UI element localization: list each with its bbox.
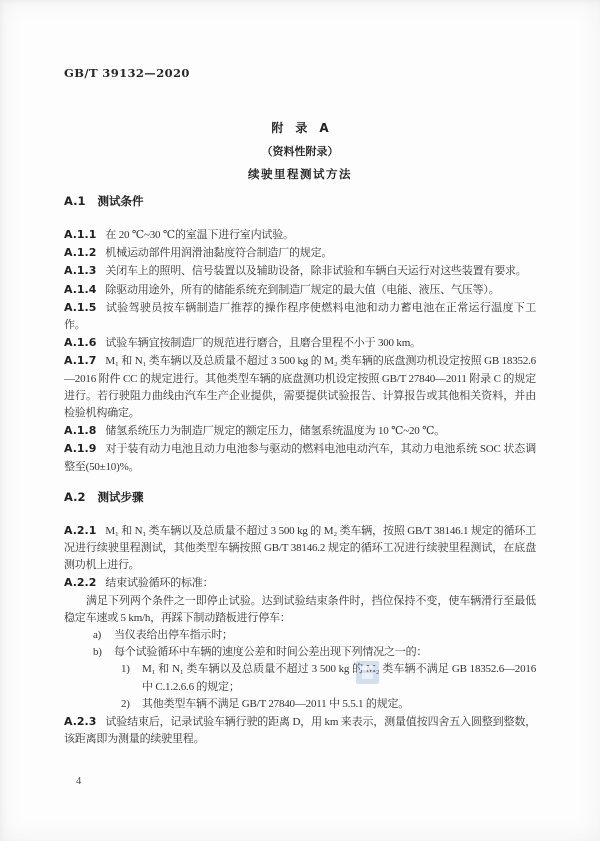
clause-a2-1: A.2.1M₁ 和 N₁ 类车辆以及总质量不超过 3 500 kg 的 M₂ 类… [64,522,536,575]
clause-text: 在 20 ℃~30 ℃的室温下进行室内试验。 [105,229,293,241]
appendix-name: 续驶里程测试方法 [0,166,600,182]
watermark-stamp-icon [356,661,379,684]
clause-text: 关闭车上的照明、信号装置以及辅助设备，除非试验和车辆白天运行对这些装置有要求。 [105,265,526,277]
list-marker: b) [93,644,114,661]
clause-number: A.1.6 [64,336,96,349]
section-a1-title: 测试条件 [97,194,143,208]
list-marker: 2) [121,696,142,713]
clause-number: A.1.3 [64,264,96,277]
clause-number: A.2.1 [64,524,96,537]
appendix-subtitle: （资料性附录） [0,143,600,159]
list-item-b: b)每个试验循环中车辆的速度公差和时间公差出现下列情况之一的： [64,644,536,661]
page-number: 4 [76,776,81,787]
clause-text: 除驱动用途外，所有的储能系统充到制造厂规定的最大值（电能、液压、气压等）。 [105,284,499,296]
clause-number: A.1.2 [64,246,96,259]
clause-a1-8: A.1.8储氢系统压力为制造厂规定的额定压力，储氢系统温度为 10 ℃~20 ℃… [64,422,536,440]
clause-number: A.2.3 [64,715,96,728]
appendix-title-block: 附 录 A （资料性附录） 续驶里程测试方法 [0,119,600,182]
document-body: A.1测试条件 A.1.1在 20 ℃~30 ℃的室温下进行室内试验。 A.1.… [64,194,536,748]
clause-text: 机械运动部件用润滑油黏度符合制造厂的规定。 [105,247,332,259]
list-marker: 1) [121,661,142,678]
clause-number: A.2.2 [64,576,96,589]
clause-a1-7: A.1.7M₁ 和 N₁ 类车辆以及总质量不超过 3 500 kg 的 M₂ 类… [64,352,536,422]
clause-text: 对于装有动力电池且动力电池参与驱动的燃料电池电动汽车，其动力电池系统 SOC 状… [64,443,536,472]
clause-a1-9: A.1.9对于装有动力电池且动力电池参与驱动的燃料电池电动汽车，其动力电池系统 … [64,440,536,475]
clause-text: 结束试验循环的标准： [105,577,213,589]
appendix-title: 附 录 A [0,119,600,136]
sublist-item-1: 1)M₁ 和 N₁ 类车辆以及总质量不超过 3 500 kg 的 M₂ 类车辆不… [64,661,536,695]
list-item-text: 当仪表给出停车指示时； [114,629,233,641]
section-heading-a1: A.1测试条件 [64,194,536,208]
clause-a1-2: A.1.2机械运动部件用润滑油黏度符合制造厂的规定。 [64,244,536,262]
section-a2-number: A.2 [64,490,85,504]
clause-text: 试验结束后，记录试验车辆行驶的距离 D，用 km 来表示，测量值按四舍五入圆整到… [64,716,536,745]
clause-text: 试验驾驶员按车辆制造厂推荐的操作程序使燃料电池和动力蓄电池在正常运行温度下工作。 [64,302,536,331]
list-marker: a) [93,627,114,644]
doc-number: GB/T 39132—2020 [64,66,190,80]
clause-number: A.1.9 [64,442,96,455]
clause-text: 试验车辆宜按制造厂的规范进行磨合，且磨合里程不小于 300 km。 [105,337,420,349]
clause-number: A.1.1 [64,228,96,241]
clause-a1-4: A.1.4除驱动用途外，所有的储能系统充到制造厂规定的最大值（电能、液压、气压等… [64,281,536,299]
clause-a2-3: A.2.3试验结束后，记录试验车辆行驶的距离 D，用 km 来表示，测量值按四舍… [64,713,536,748]
clause-text: 储氢系统压力为制造厂规定的额定压力，储氢系统温度为 10 ℃~20 ℃。 [105,425,445,437]
section-a2-title: 测试步骤 [97,490,143,504]
clause-a1-6: A.1.6试验车辆宜按制造厂的规范进行磨合，且磨合里程不小于 300 km。 [64,334,536,352]
clause-a1-5: A.1.5试验驾驶员按车辆制造厂推荐的操作程序使燃料电池和动力蓄电池在正常运行温… [64,299,536,334]
list-item-a: a)当仪表给出停车指示时； [64,627,536,644]
clause-number: A.1.4 [64,283,96,296]
list-item-text: M₁ 和 N₁ 类车辆以及总质量不超过 3 500 kg 的 M₂ 类车辆不满足… [142,663,536,692]
section-a1-number: A.1 [64,194,85,208]
list-item-text: 每个试验循环中车辆的速度公差和时间公差出现下列情况之一的： [114,646,427,658]
clause-text: M₁ 和 N₁ 类车辆以及总质量不超过 3 500 kg 的 M₂ 类车辆的底盘… [64,355,536,419]
clause-text: M₁ 和 N₁ 类车辆以及总质量不超过 3 500 kg 的 M₂ 类车辆，按照… [64,525,536,571]
clause-a2-2-paragraph: 满足下列两个条件之一即停止试验。达到试验结束条件时，挡位保持不变，使车辆滑行至最… [64,593,536,627]
section-heading-a2: A.2测试步骤 [64,490,536,504]
clause-a2-2: A.2.2结束试验循环的标准： [64,574,536,592]
sublist-item-2: 2)其他类型车辆不满足 GB/T 27840—2011 中 5.5.1 的规定。 [64,696,536,713]
clause-number: A.1.7 [64,354,96,367]
document-page: GB/T 39132—2020 附 录 A （资料性附录） 续驶里程测试方法 A… [0,0,600,841]
clause-number: A.1.8 [64,424,96,437]
clause-number: A.1.5 [64,301,96,314]
clause-a1-1: A.1.1在 20 ℃~30 ℃的室温下进行室内试验。 [64,226,536,244]
clause-a1-3: A.1.3关闭车上的照明、信号装置以及辅助设备，除非试验和车辆白天运行对这些装置… [64,262,536,280]
list-item-text: 其他类型车辆不满足 GB/T 27840—2011 中 5.5.1 的规定。 [142,698,409,710]
